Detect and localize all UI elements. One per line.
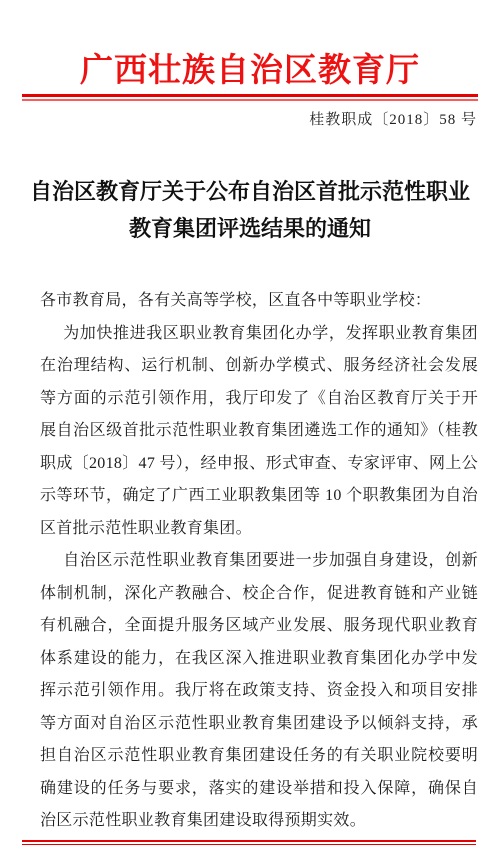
footer-red-divider	[22, 840, 476, 845]
agency-header-title: 广西壮族自治区教育厅	[0, 0, 500, 90]
document-title-line2: 教育集团评选结果的通知	[28, 210, 472, 247]
salutation-line: 各市教育局，各有关高等学校，区直各中等职业学校：	[40, 285, 478, 318]
body-paragraph-2: 自治区示范性职业教育集团要进一步加强自身建设，创新体制机制，深化产教融合、校企合…	[40, 545, 478, 838]
document-number: 桂教职成〔2018〕58 号	[0, 109, 477, 131]
document-page: 广西壮族自治区教育厅 桂教职成〔2018〕58 号 自治区教育厅关于公布自治区首…	[0, 0, 500, 861]
document-title: 自治区教育厅关于公布自治区首批示范性职业 教育集团评选结果的通知	[28, 173, 472, 247]
header-red-divider	[22, 94, 478, 101]
document-title-line1: 自治区教育厅关于公布自治区首批示范性职业	[28, 173, 472, 210]
body-paragraph-1: 为加快推进我区职业教育集团化办学，发挥职业教育集团在治理结构、运行机制、创新办学…	[40, 318, 478, 546]
document-body: 各市教育局，各有关高等学校，区直各中等职业学校： 为加快推进我区职业教育集团化办…	[40, 285, 478, 838]
